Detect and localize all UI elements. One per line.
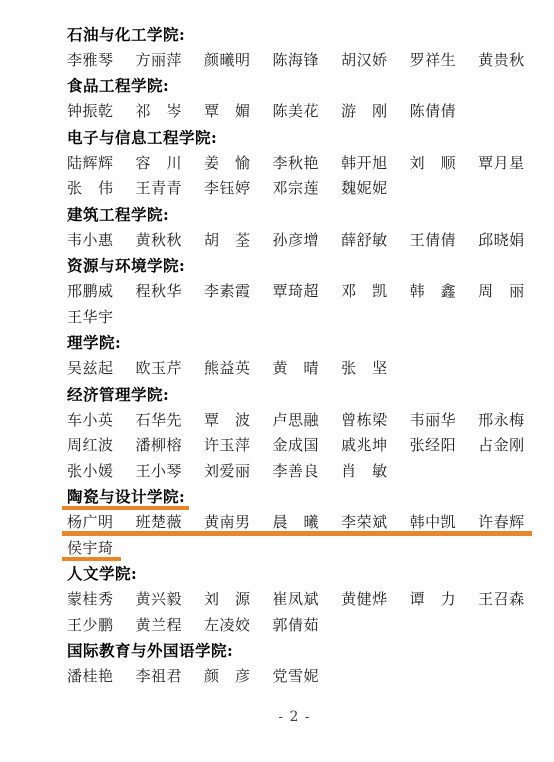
person-name: 吴兹起 [67, 360, 114, 377]
college-heading-text: 资源与环境学院: [67, 257, 185, 275]
college-heading-text: 石油与化工学院: [67, 26, 185, 44]
person-name: 姜 愉 [204, 155, 251, 172]
college-section: 陶瓷与设计学院: 杨广明班楚薇黄南男晨 曦李荣斌韩中凯许春辉 侯宇琦 [67, 484, 522, 561]
college-heading: 经济管理学院: [67, 382, 522, 408]
name-row-wrap: 张 伟王青青李钰婷邓宗莲魏妮妮 [67, 180, 388, 197]
name-row-wrap: 张小媛王小琴刘爱丽李善良肖 敏 [67, 463, 388, 480]
person-name: 刘 顺 [410, 155, 457, 172]
person-name: 韩 鑫 [410, 283, 457, 300]
person-name: 邓 凯 [341, 283, 388, 300]
person-name: 班楚薇 [136, 514, 183, 531]
person-name: 肖 敏 [341, 463, 388, 480]
person-name: 钟振乾 [67, 103, 114, 120]
person-name: 陈海锋 [273, 52, 320, 69]
person-name: 李钰婷 [204, 180, 251, 197]
person-name: 李雅琴 [67, 52, 114, 69]
person-name: 覃 波 [204, 412, 251, 429]
person-name: 胡汉娇 [341, 52, 388, 69]
person-name: 许春辉 [478, 514, 525, 531]
person-name: 邢鹏威 [67, 283, 114, 300]
person-name: 周 丽 [478, 283, 525, 300]
person-name: 黄秋秋 [136, 232, 183, 249]
name-row-wrap: 王少鹏黄兰程左凌姣郭倩茹 [67, 617, 319, 634]
person-name: 黄 晴 [273, 360, 320, 377]
person-name: 张 坚 [341, 360, 388, 377]
college-heading-text: 食品工程学院: [67, 77, 169, 95]
name-row: 韦小惠黄秋秋胡 荃孙彦增薛舒敏王倩倩邱晓娟 [67, 228, 522, 254]
person-name: 党雪妮 [273, 668, 320, 685]
person-name: 陈倩倩 [410, 103, 457, 120]
college-heading-text: 理学院: [67, 334, 121, 352]
college-heading: 人文学院: [67, 561, 522, 587]
person-name: 王小琴 [136, 463, 183, 480]
name-row-wrap: 周红波潘柳榕许玉萍金成国戚兆坤张经阳占金刚 [67, 437, 525, 454]
person-name: 张经阳 [410, 437, 457, 454]
name-row: 张小媛王小琴刘爱丽李善良肖 敏 [67, 459, 522, 485]
college-heading: 石油与化工学院: [67, 22, 522, 48]
person-name: 卢思融 [273, 412, 320, 429]
name-row-wrap: 潘桂艳李祖君颜 彦党雪妮 [67, 668, 319, 685]
name-row: 车小英石华先覃 波卢思融曾栋梁韦丽华邢永梅 [67, 407, 522, 433]
person-name: 陆辉辉 [67, 155, 114, 172]
person-name: 韩中凯 [410, 514, 457, 531]
college-section: 电子与信息工程学院: 陆辉辉容 川姜 愉李秋艳韩开旭刘 顺覃月星 张 伟王青青李… [67, 125, 522, 202]
person-name: 黄兰程 [136, 617, 183, 634]
person-name: 许玉萍 [204, 437, 251, 454]
name-row: 王少鹏黄兰程左凌姣郭倩茹 [67, 613, 522, 639]
name-row-wrap: 王华宇 [67, 309, 114, 326]
person-name: 王少鹏 [67, 617, 114, 634]
college-section: 石油与化工学院: 李雅琴方丽萍颜曦明陈海锋胡汉娇罗祥生黄贵秋 [67, 22, 522, 73]
person-name: 张小媛 [67, 463, 114, 480]
college-heading-text: 经济管理学院: [67, 386, 169, 404]
person-name: 车小英 [67, 412, 114, 429]
name-row: 李雅琴方丽萍颜曦明陈海锋胡汉娇罗祥生黄贵秋 [67, 48, 522, 74]
person-name: 覃月星 [478, 155, 525, 172]
person-name: 金成国 [273, 437, 320, 454]
person-name: 王青青 [136, 180, 183, 197]
name-row-wrap: 吴兹起欧玉芹熊益英黄 晴张 坚 [67, 360, 388, 377]
person-name: 熊益英 [204, 360, 251, 377]
college-heading: 食品工程学院: [67, 73, 522, 99]
person-name: 崔凤斌 [273, 591, 320, 608]
person-name: 孙彦增 [273, 232, 320, 249]
person-name: 祁 岑 [136, 103, 183, 120]
person-name: 薛舒敏 [341, 232, 388, 249]
person-name: 胡 荃 [204, 232, 251, 249]
person-name: 晨 曦 [273, 514, 320, 531]
name-row: 钟振乾祁 岑覃 媚陈美花游 刚陈倩倩 [67, 99, 522, 125]
person-name: 黄南男 [204, 514, 251, 531]
name-row-wrap: 车小英石华先覃 波卢思融曾栋梁韦丽华邢永梅 [67, 412, 525, 429]
college-heading: 建筑工程学院: [67, 202, 522, 228]
person-name: 占金刚 [478, 437, 525, 454]
college-section: 理学院: 吴兹起欧玉芹熊益英黄 晴张 坚 [67, 330, 522, 381]
person-name: 罗祥生 [410, 52, 457, 69]
person-name: 韦小惠 [67, 232, 114, 249]
college-section: 建筑工程学院: 韦小惠黄秋秋胡 荃孙彦增薛舒敏王倩倩邱晓娟 [67, 202, 522, 253]
college-section: 经济管理学院: 车小英石华先覃 波卢思融曾栋梁韦丽华邢永梅 周红波潘柳榕许玉萍金… [67, 382, 522, 485]
person-name: 黄贵秋 [478, 52, 525, 69]
page-number: - 2 - [67, 709, 522, 725]
person-name: 曾栋梁 [341, 412, 388, 429]
college-heading-text: 国际教育与外国语学院: [67, 642, 233, 660]
college-heading: 理学院: [67, 330, 522, 356]
name-row-wrap: 蒙桂秀黄兴毅刘 源崔凤斌黄健烨谭 力王召森 [67, 591, 525, 608]
college-heading-text: 陶瓷与设计学院: [67, 488, 185, 506]
person-name: 欧玉芹 [136, 360, 183, 377]
name-row: 杨广明班楚薇黄南男晨 曦李荣斌韩中凯许春辉 [67, 510, 522, 536]
person-name: 郭倩茹 [273, 617, 320, 634]
person-name: 容 川 [136, 155, 183, 172]
person-name: 王华宇 [67, 309, 114, 326]
person-name: 周红波 [67, 437, 114, 454]
person-name: 石华先 [136, 412, 183, 429]
person-name: 韩开旭 [341, 155, 388, 172]
person-name: 张 伟 [67, 180, 114, 197]
person-name: 李荣斌 [341, 514, 388, 531]
college-section: 人文学院: 蒙桂秀黄兴毅刘 源崔凤斌黄健烨谭 力王召森 王少鹏黄兰程左凌姣郭倩茹 [67, 561, 522, 638]
person-name: 刘爱丽 [204, 463, 251, 480]
person-name: 邱晓娟 [478, 232, 525, 249]
college-heading-text: 建筑工程学院: [67, 206, 169, 224]
person-name: 李素霞 [204, 283, 251, 300]
college-name-list: 石油与化工学院: 李雅琴方丽萍颜曦明陈海锋胡汉娇罗祥生黄贵秋 食品工程学院: 钟… [67, 22, 522, 690]
name-row-wrap: 李雅琴方丽萍颜曦明陈海锋胡汉娇罗祥生黄贵秋 [67, 52, 525, 69]
college-heading: 国际教育与外国语学院: [67, 639, 522, 665]
name-row: 邢鹏威程秋华李素霞覃琦超邓 凯韩 鑫周 丽 [67, 279, 522, 305]
person-name: 李秋艳 [273, 155, 320, 172]
person-name: 戚兆坤 [341, 437, 388, 454]
person-name: 覃 媚 [204, 103, 251, 120]
name-row: 周红波潘柳榕许玉萍金成国戚兆坤张经阳占金刚 [67, 433, 522, 459]
person-name: 邢永梅 [478, 412, 525, 429]
name-row: 潘桂艳李祖君颜 彦党雪妮 [67, 664, 522, 690]
college-heading: 陶瓷与设计学院: [67, 484, 522, 510]
person-name: 杨广明 [67, 514, 114, 531]
person-name: 方丽萍 [136, 52, 183, 69]
person-name: 颜曦明 [204, 52, 251, 69]
college-section: 食品工程学院: 钟振乾祁 岑覃 媚陈美花游 刚陈倩倩 [67, 73, 522, 124]
person-name: 刘 源 [204, 591, 251, 608]
name-row-wrap: 韦小惠黄秋秋胡 荃孙彦增薛舒敏王倩倩邱晓娟 [67, 232, 525, 249]
person-name: 李善良 [273, 463, 320, 480]
name-row-wrap: 陆辉辉容 川姜 愉李秋艳韩开旭刘 顺覃月星 [67, 155, 525, 172]
person-name: 李祖君 [136, 668, 183, 685]
person-name: 覃琦超 [273, 283, 320, 300]
college-heading-text: 人文学院: [67, 565, 137, 583]
person-name: 侯宇琦 [67, 540, 114, 557]
name-row-wrap: 杨广明班楚薇黄南男晨 曦李荣斌韩中凯许春辉 [67, 514, 525, 531]
person-name: 王倩倩 [410, 232, 457, 249]
person-name: 谭 力 [410, 591, 457, 608]
name-row: 吴兹起欧玉芹熊益英黄 晴张 坚 [67, 356, 522, 382]
college-section: 资源与环境学院: 邢鹏威程秋华李素霞覃琦超邓 凯韩 鑫周 丽 王华宇 [67, 253, 522, 330]
person-name: 邓宗莲 [273, 180, 320, 197]
person-name: 韦丽华 [410, 412, 457, 429]
person-name: 黄兴毅 [136, 591, 183, 608]
person-name: 蒙桂秀 [67, 591, 114, 608]
name-row-wrap: 侯宇琦 [67, 540, 114, 557]
document-page: 石油与化工学院: 李雅琴方丽萍颜曦明陈海锋胡汉娇罗祥生黄贵秋 食品工程学院: 钟… [0, 0, 554, 762]
name-row: 陆辉辉容 川姜 愉李秋艳韩开旭刘 顺覃月星 [67, 150, 522, 176]
person-name: 左凌姣 [204, 617, 251, 634]
name-row-wrap: 钟振乾祁 岑覃 媚陈美花游 刚陈倩倩 [67, 103, 456, 120]
person-name: 陈美花 [273, 103, 320, 120]
person-name: 程秋华 [136, 283, 183, 300]
name-row: 张 伟王青青李钰婷邓宗莲魏妮妮 [67, 176, 522, 202]
person-name: 潘柳榕 [136, 437, 183, 454]
person-name: 黄健烨 [341, 591, 388, 608]
person-name: 魏妮妮 [341, 180, 388, 197]
person-name: 潘桂艳 [67, 668, 114, 685]
college-section: 国际教育与外国语学院: 潘桂艳李祖君颜 彦党雪妮 [67, 639, 522, 690]
name-row: 蒙桂秀黄兴毅刘 源崔凤斌黄健烨谭 力王召森 [67, 587, 522, 613]
name-row: 王华宇 [67, 305, 522, 331]
person-name: 游 刚 [341, 103, 388, 120]
person-name: 颜 彦 [204, 668, 251, 685]
college-heading: 电子与信息工程学院: [67, 125, 522, 151]
person-name: 王召森 [478, 591, 525, 608]
name-row: 侯宇琦 [67, 536, 522, 562]
college-heading: 资源与环境学院: [67, 253, 522, 279]
college-heading-text: 电子与信息工程学院: [67, 129, 217, 147]
name-row-wrap: 邢鹏威程秋华李素霞覃琦超邓 凯韩 鑫周 丽 [67, 283, 525, 300]
